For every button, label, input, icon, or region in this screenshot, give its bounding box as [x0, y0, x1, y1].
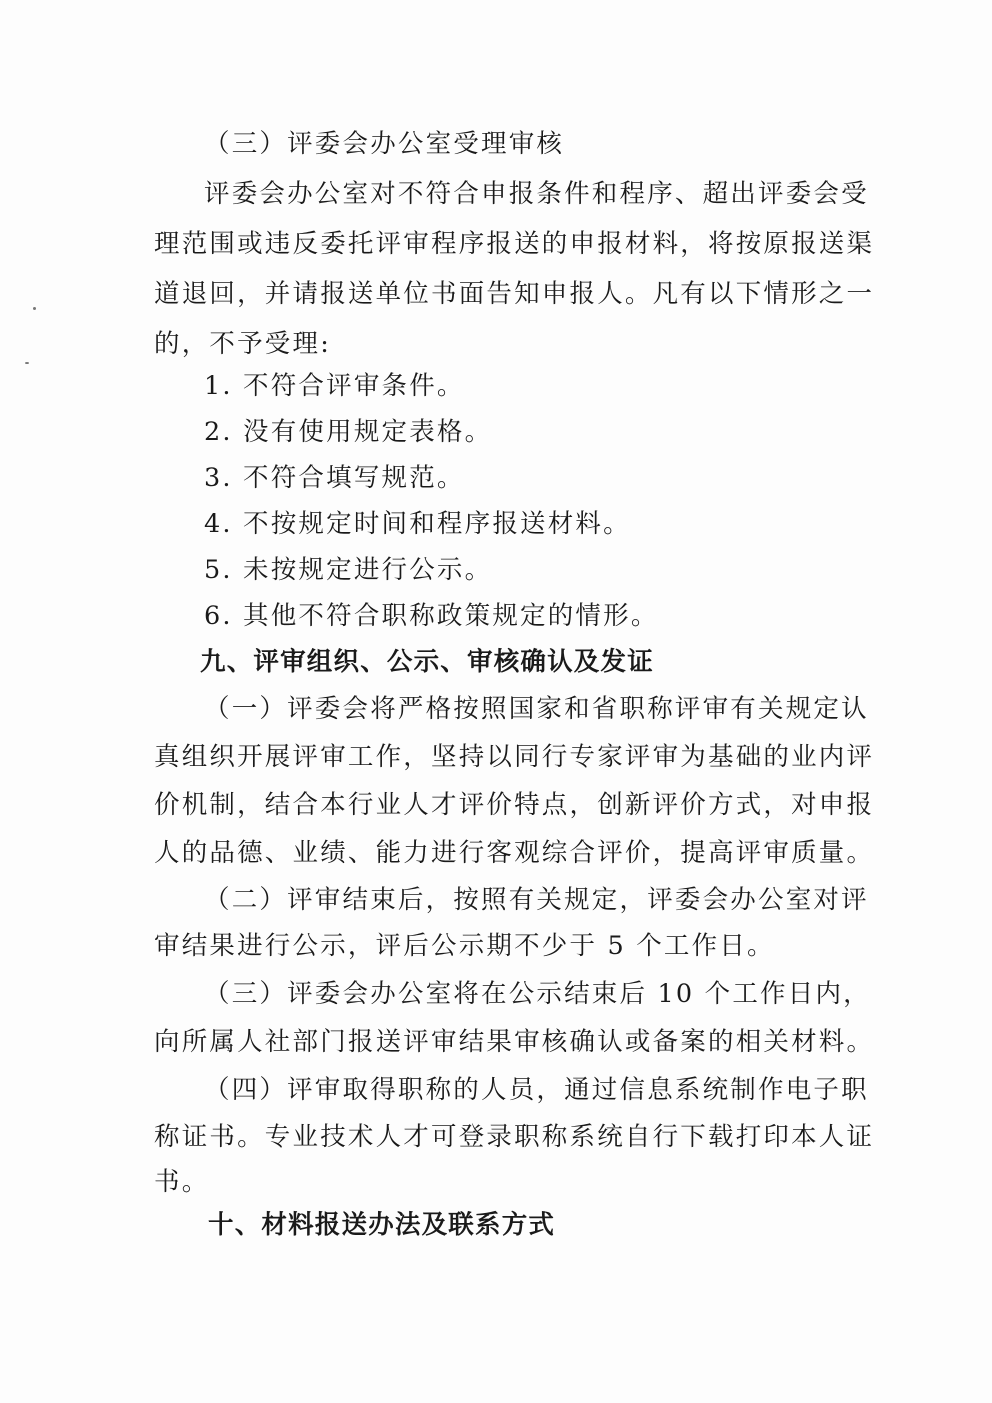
section-heading: 九、评审组织、公示、审核确认及发证 — [200, 646, 890, 678]
paragraph-line: 真组织开展评审工作，坚持以同行专家评审为基础的业内评 — [154, 741, 844, 773]
list-item: 3. 不符合填写规范。 — [204, 462, 894, 494]
list-item: 5. 未按规定进行公示。 — [204, 554, 894, 586]
paragraph-line: 评委会办公室对不符合申报条件和程序、超出评委会受 — [204, 178, 844, 210]
subsection-title: （三）评委会办公室受理审核 — [204, 128, 894, 160]
scan-speck — [25, 362, 29, 364]
scan-speck — [33, 307, 36, 310]
paragraph-line: （二）评审结束后，按照有关规定，评委会办公室对评 — [204, 884, 844, 916]
paragraph-line: 书。 — [154, 1166, 844, 1198]
section-heading: 十、材料报送办法及联系方式 — [208, 1209, 898, 1241]
list-item: 2. 没有使用规定表格。 — [204, 416, 894, 448]
paragraph-line: 价机制，结合本行业人才评价特点，创新评价方式，对申报 — [154, 789, 844, 821]
list-item: 6. 其他不符合职称政策规定的情形。 — [204, 600, 894, 632]
paragraph-line: 人的品德、业绩、能力进行客观综合评价，提高评审质量。 — [154, 837, 844, 869]
paragraph-line: 称证书。专业技术人才可登录职称系统自行下载打印本人证 — [154, 1121, 844, 1153]
paragraph-line: （一）评委会将严格按照国家和省职称评审有关规定认 — [204, 693, 844, 725]
document-page: （三）评委会办公室受理审核 评委会办公室对不符合申报条件和程序、超出评委会受 理… — [0, 0, 992, 1403]
paragraph-line: 向所属人社部门报送评审结果审核确认或备案的相关材料。 — [154, 1026, 834, 1058]
paragraph-line: 的，不予受理: — [154, 328, 844, 360]
paragraph-line: （四）评审取得职称的人员，通过信息系统制作电子职 — [204, 1074, 844, 1106]
list-item: 4. 不按规定时间和程序报送材料。 — [204, 508, 894, 540]
paragraph-line: （三）评委会办公室将在公示结束后 10 个工作日内， — [204, 978, 832, 1010]
paragraph-line: 审结果进行公示，评后公示期不少于 5 个工作日。 — [154, 930, 844, 962]
list-item: 1. 不符合评审条件。 — [204, 370, 894, 402]
paragraph-line: 道退回，并请报送单位书面告知申报人。凡有以下情形之一 — [154, 278, 844, 310]
paragraph-line: 理范围或违反委托评审程序报送的申报材料，将按原报送渠 — [154, 228, 844, 260]
